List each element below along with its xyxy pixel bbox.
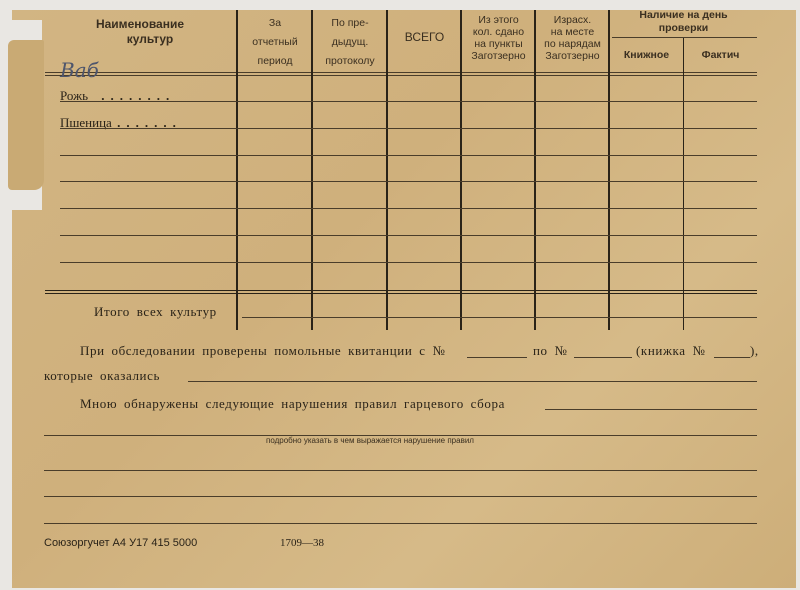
total-separator — [45, 293, 757, 294]
total-separator — [45, 290, 757, 291]
header-line: кол. сдано — [462, 26, 535, 38]
header-period: За отчетный период — [238, 14, 312, 71]
header-previous: По пре- дыдущ. протоколу — [313, 14, 387, 71]
table-row-line[interactable] — [60, 235, 757, 236]
footer-code: 1709—38 — [280, 537, 324, 549]
receipts-book: (книжка № — [636, 343, 705, 359]
column-divider — [311, 10, 313, 330]
header-line: дыдущ. — [313, 33, 387, 52]
header-line: протоколу — [313, 52, 387, 71]
header-line: проверки — [610, 22, 757, 35]
table-row-line[interactable] — [60, 101, 757, 102]
receipt-from-field[interactable] — [467, 357, 527, 358]
table-row-line[interactable] — [60, 208, 757, 209]
column-divider — [386, 10, 388, 330]
header-book: Книжное — [610, 49, 683, 62]
table-row-line[interactable] — [60, 262, 757, 263]
result-field[interactable] — [188, 381, 757, 382]
header-used: Израсх. на месте по нарядам Заготзерно — [536, 14, 609, 62]
header-line: Наименование — [60, 18, 220, 31]
header-line: период — [238, 52, 312, 71]
handwritten-mark: Ваб — [60, 58, 99, 82]
footer-publisher: Союзоргучет А4 У17 415 5000 — [44, 537, 197, 549]
receipts-suffix: ), — [750, 343, 759, 359]
header-crop-name: Наименование культур — [60, 18, 220, 46]
total-row-label: Итого всех культур — [94, 304, 217, 320]
header-line: на пункты — [462, 38, 535, 50]
violations-line[interactable] — [44, 496, 757, 497]
receipts-to: по № — [533, 343, 568, 359]
receipt-to-field[interactable] — [574, 357, 632, 358]
stock-subheader-line — [612, 37, 757, 38]
violations-hint: подробно указать в чем выражается наруше… — [266, 436, 474, 445]
book-number-field[interactable] — [714, 357, 750, 358]
header-line: отчетный — [238, 33, 312, 52]
header-line: Заготзерно — [462, 50, 535, 62]
header-total: ВСЕГО — [388, 31, 461, 44]
header-bottom-line — [45, 75, 757, 76]
column-divider — [460, 10, 462, 330]
violations-field[interactable] — [545, 409, 757, 410]
header-line: по нарядам — [536, 38, 609, 50]
header-line: За — [238, 14, 312, 33]
violations-line[interactable] — [44, 523, 757, 524]
header-line: Из этого — [462, 14, 535, 26]
header-line: на месте — [536, 26, 609, 38]
table-row-line[interactable] — [60, 181, 757, 182]
header-line: По пре- — [313, 14, 387, 33]
column-divider — [236, 10, 238, 330]
total-row-line[interactable] — [242, 317, 757, 318]
header-stock-group: Наличие на день проверки — [610, 9, 757, 35]
receipts-prefix: При обследовании проверены помольные кви… — [80, 343, 445, 359]
violations-line[interactable] — [44, 470, 757, 471]
violations-label: Мною обнаружены следующие нарушения прав… — [80, 396, 505, 412]
result-label: которые оказались — [44, 368, 160, 384]
column-divider — [608, 10, 610, 330]
header-actual: Фактич — [684, 49, 757, 62]
header-line: культур — [80, 33, 220, 46]
column-divider — [683, 38, 684, 330]
column-divider — [534, 10, 536, 330]
table-row-line[interactable] — [60, 155, 757, 156]
header-line: Заготзерно — [536, 50, 609, 62]
torn-flap — [8, 40, 44, 190]
header-line: Израсх. — [536, 14, 609, 26]
header-line: Наличие на день — [610, 9, 757, 22]
header-bottom-line — [45, 72, 757, 73]
header-delivered: Из этого кол. сдано на пункты Заготзерно — [462, 14, 535, 62]
table-row-line[interactable] — [60, 128, 757, 129]
